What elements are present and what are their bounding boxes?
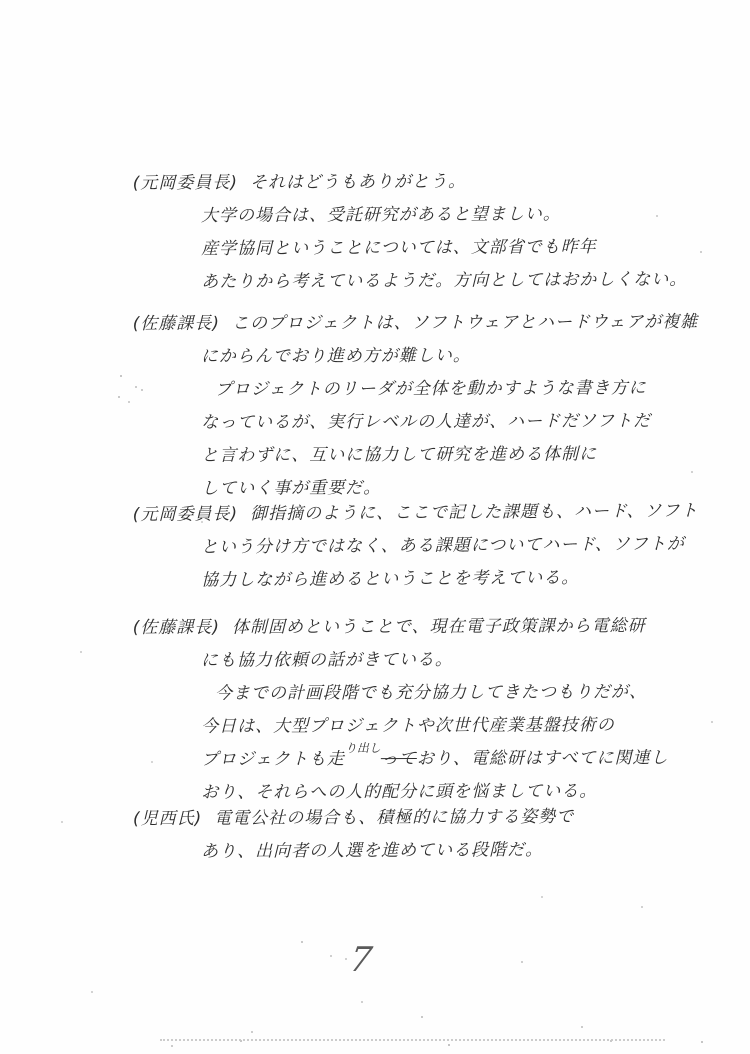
scanned-page: (元岡委員長) それはどうもありがとう。 大学の場合は、受託研究があると望ましい… xyxy=(0,0,750,1054)
speaker-label: (元岡委員長) xyxy=(133,498,238,532)
handwritten-line: 産学協同ということについては、文部省でも昨年 xyxy=(133,231,687,267)
handwritten-line: 今日は、大型プロジェクトや次世代産業基盤技術の xyxy=(133,709,668,744)
speaker-label: (佐藤課長) xyxy=(133,612,220,645)
speech-block: (元岡委員長) それはどうもありがとう。 大学の場合は、受託研究があると望ましい… xyxy=(133,165,688,300)
scan-artifact-dotted-line xyxy=(160,1039,665,1041)
handwritten-line: (佐藤課長) 体制固めということで、現在電子政策課から電総研 xyxy=(133,610,668,645)
handwritten-line: 大学の場合は、受託研究があると望ましい。 xyxy=(133,198,687,234)
handwritten-line: (元岡委員長) それはどうもありがとう。 xyxy=(133,165,687,201)
handwritten-text: おり、電総研はすべてに関連し xyxy=(417,748,669,769)
handwritten-line: 協力しながら進めるということを考えている。 xyxy=(133,561,699,598)
handwritten-line: 今までの計画段階でも充分協力してきたつもりだが、 xyxy=(133,676,668,711)
handwritten-line: という分け方ではなく、ある課題についてハード、ソフトが xyxy=(133,528,699,565)
inserted-correction-text: り出し xyxy=(345,741,381,755)
scan-noise-speckles xyxy=(0,0,2,2)
handwritten-line: (佐藤課長) このプロジェクトは、ソフトウェアとハードウェアが複雑 xyxy=(133,306,699,341)
speech-block: (元岡委員長) 御指摘のように、ここで記した課題も、ハード、ソフト という分け方… xyxy=(133,495,699,598)
handwritten-text: 御指摘のように、ここで記した課題も、ハード、ソフト xyxy=(250,495,699,531)
handwritten-line: にも協力依頼の話がきている。 xyxy=(133,643,668,678)
speaker-label: (佐藤課長) xyxy=(133,308,220,341)
handwritten-line: (児西氏) 電電公社の場合も、積極的に協力する姿勢で xyxy=(133,801,574,836)
handwritten-line: (元岡委員長) 御指摘のように、ここで記した課題も、ハード、ソフト xyxy=(133,495,699,532)
speech-block: (児西氏) 電電公社の場合も、積極的に協力する姿勢で あり、出向者の人選を進めて… xyxy=(133,801,575,869)
handwritten-line-with-correction: プロジェクトも走り出しっており、電総研はすべてに関連し xyxy=(133,742,668,777)
handwritten-line: プロジェクトのリーダが全体を動かすような書き方に xyxy=(133,372,699,407)
speech-block: (佐藤課長) このプロジェクトは、ソフトウェアとハードウェアが複雑 にからんでお… xyxy=(133,306,699,506)
handwritten-line: あたりから考えているようだ。方向としてはおかしくない。 xyxy=(133,264,687,300)
handwritten-text: 電電公社の場合も、積極的に協力する姿勢で xyxy=(214,801,574,836)
handwritten-text: このプロジェクトは、ソフトウェアとハードウェアが複雑 xyxy=(232,306,698,341)
handwritten-text: 体制固めということで、現在電子政策課から電総研 xyxy=(232,610,646,644)
speaker-label: (児西氏) xyxy=(133,803,202,836)
handwritten-line: あり、出向者の人選を進めている段階だ。 xyxy=(133,834,574,869)
page-number: 7 xyxy=(347,940,374,980)
speech-block: (佐藤課長) 体制固めということで、現在電子政策課から電総研 にも協力依頼の話が… xyxy=(133,610,669,810)
handwritten-text: それはどうもありがとう。 xyxy=(250,166,466,200)
handwritten-line: なっているが、実行レベルの人達が、ハードだソフトだ xyxy=(133,405,699,440)
handwritten-line: にからんでおり進め方が難しい。 xyxy=(133,339,699,374)
handwritten-text: プロジェクトも走 xyxy=(201,749,345,770)
speaker-label: (元岡委員長) xyxy=(133,167,238,201)
handwritten-line: と言わずに、互いに協力して研究を進める体制に xyxy=(133,438,699,473)
struck-out-text: って xyxy=(381,749,417,769)
